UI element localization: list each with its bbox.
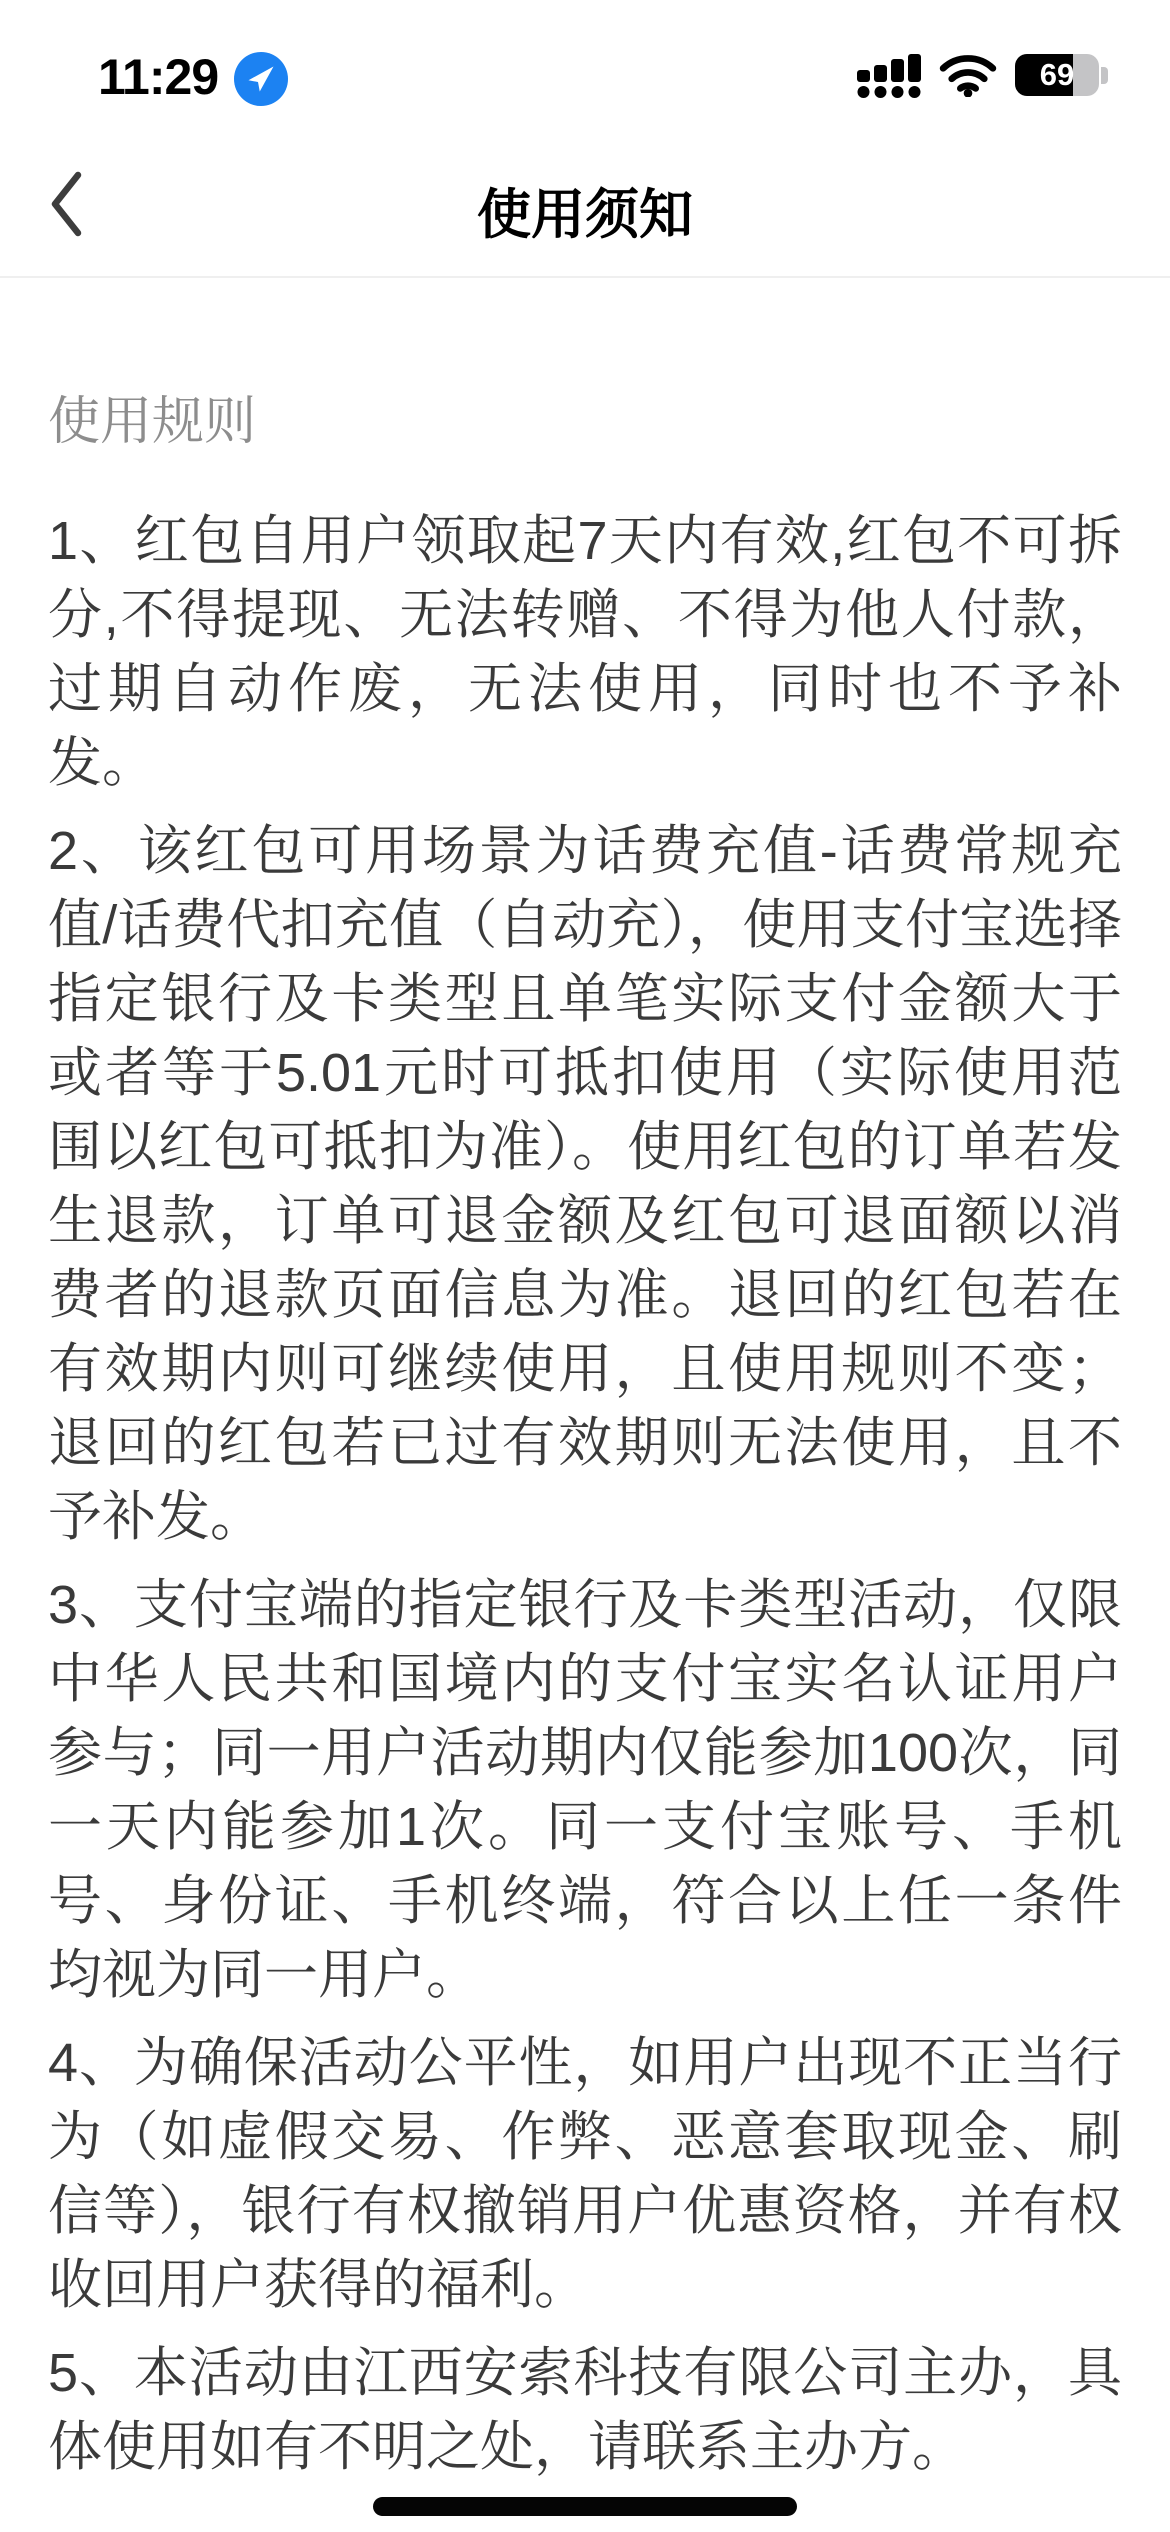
location-arrow-icon xyxy=(234,52,288,106)
rule-item-4: 4、为确保活动公平性，如用户出现不正当行为（如虚假交易、作弊、恶意套取现金、刷信… xyxy=(48,2026,1122,2322)
wifi-icon xyxy=(939,53,997,97)
battery-percent: 69 xyxy=(1015,54,1099,96)
rules-content: 使用规则 1、红包自用户领取起7天内有效,红包不可拆分,不得提现、无法转赠、不得… xyxy=(0,280,1170,2532)
section-label: 使用规则 xyxy=(48,394,1122,450)
battery-icon: 69 xyxy=(1015,54,1108,96)
status-right-cluster: 69 xyxy=(857,52,1108,98)
rule-item-1: 1、红包自用户领取起7天内有效,红包不可拆分,不得提现、无法转赠、不得为他人付款… xyxy=(48,504,1122,800)
nav-bar: 使用须知 xyxy=(0,130,1170,278)
battery-nub xyxy=(1101,67,1108,84)
cellular-signal-icon xyxy=(857,52,921,98)
rule-item-2: 2、该红包可用场景为话费充值-话费常规充值/话费代扣充值（自动充），使用支付宝选… xyxy=(48,814,1122,1554)
rule-item-3: 3、支付宝端的指定银行及卡类型活动，仅限中华人民共和国境内的支付宝实名认证用户参… xyxy=(48,1568,1122,2012)
rule-item-5: 5、本活动由江西安索科技有限公司主办，具体使用如有不明之处，请联系主办方。 xyxy=(48,2336,1122,2484)
status-bar: 11:29 xyxy=(0,0,1170,130)
home-indicator[interactable] xyxy=(373,2497,797,2516)
usage-notice-screen: 11:29 xyxy=(0,0,1170,2532)
status-time: 11:29 xyxy=(98,48,218,106)
page-title: 使用须知 xyxy=(0,172,1170,249)
